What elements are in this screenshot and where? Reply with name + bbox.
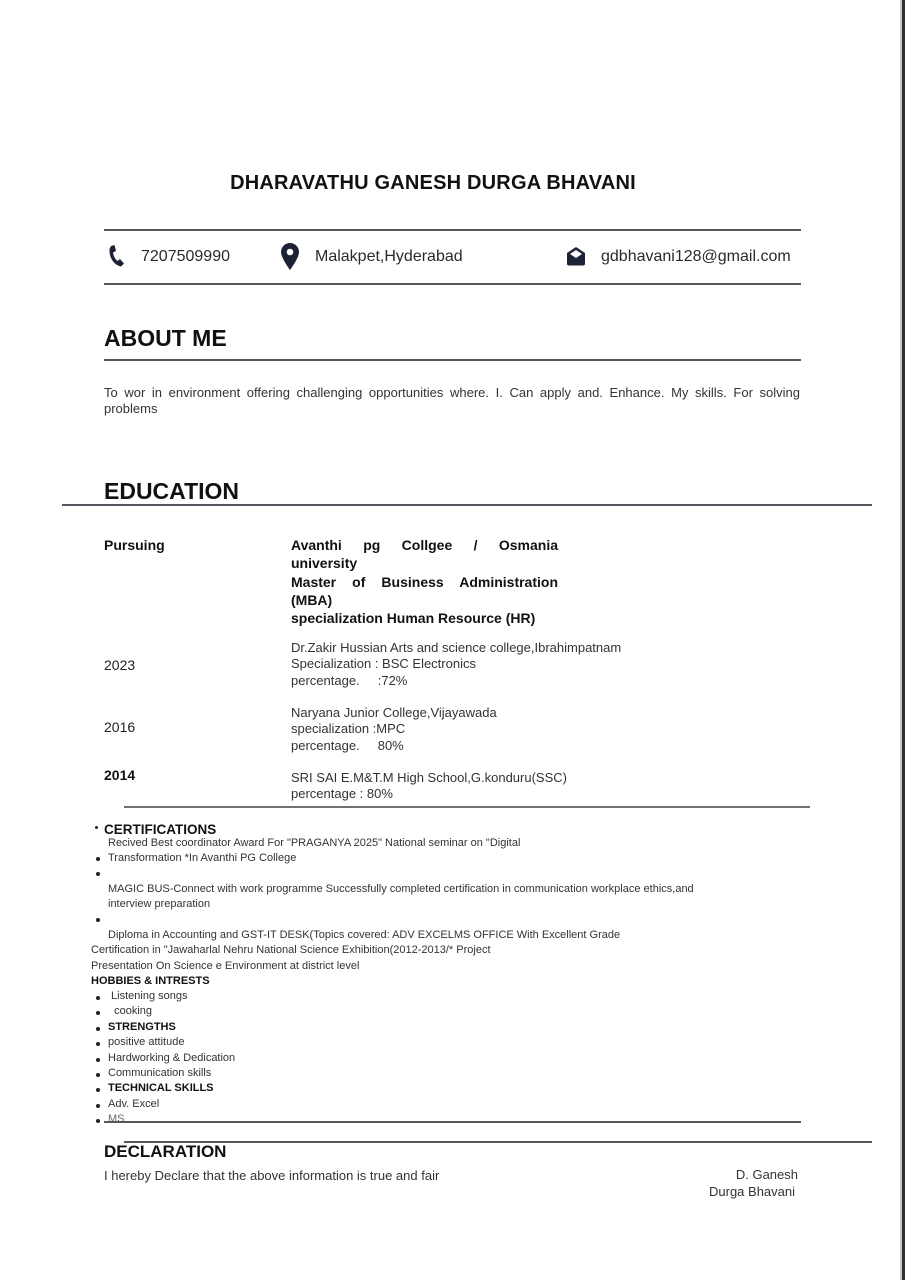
technical-skills-heading: TECHNICAL SKILLS	[108, 1082, 214, 1094]
education-line: Specialization : BSC Electronics	[291, 656, 621, 672]
certification-line: interview preparation	[108, 898, 210, 910]
phone-number[interactable]: 7207509990	[141, 248, 230, 266]
bullet	[96, 1104, 100, 1108]
education-line: specialization Human Resource (HR)	[291, 609, 558, 627]
certification-line: Certification in "Jawaharlal Nehru Natio…	[91, 944, 491, 956]
education-year: 2016	[104, 719, 135, 735]
map-pin-icon	[281, 243, 299, 276]
technical-skill-item: MS	[108, 1113, 125, 1125]
education-entry-mba: Avanthi pg Collgee / Osmania university …	[291, 536, 558, 627]
education-line: Master of Business Administration	[291, 573, 558, 591]
candidate-name: DHARAVATHU GANESH DURGA BHAVANI	[0, 172, 866, 195]
bullet	[96, 1058, 100, 1062]
bullet	[95, 826, 98, 829]
education-line: percentage. 80%	[291, 738, 497, 754]
hobbies-heading: HOBBIES & INTRESTS	[91, 975, 210, 987]
header-top-divider	[104, 229, 801, 231]
about-text: To wor in environment offering challengi…	[104, 385, 800, 417]
strengths-heading: STRENGTHS	[108, 1021, 176, 1033]
envelope-open-icon	[566, 246, 586, 271]
education-year: 2014	[104, 767, 135, 783]
signature-line-2: Durga Bhavani	[695, 1184, 795, 1199]
education-divider	[62, 504, 872, 506]
technical-skill-item: Adv. Excel	[108, 1098, 159, 1110]
education-year: 2023	[104, 657, 135, 673]
hobby-item: cooking	[108, 1005, 152, 1017]
strength-item: Hardworking & Dedication	[108, 1052, 235, 1064]
email[interactable]: gdbhavani128@gmail.com	[601, 248, 791, 266]
education-line: university	[291, 554, 558, 572]
declaration-heading: DECLARATION	[104, 1142, 226, 1162]
bullet	[96, 1119, 100, 1123]
education-line: percentage : 80%	[291, 786, 567, 802]
education-line: Avanthi pg Collgee / Osmania	[291, 536, 558, 554]
certification-line: MAGIC BUS-Connect with work programme Su…	[108, 883, 694, 895]
education-line: percentage. :72%	[291, 673, 621, 689]
certification-line: Presentation On Science e Environment at…	[91, 960, 359, 972]
declaration-text: I hereby Declare that the above informat…	[104, 1168, 439, 1183]
education-year: Pursuing	[104, 537, 165, 553]
education-heading: EDUCATION	[104, 478, 239, 505]
bullet	[96, 918, 100, 922]
education-entry-degree: Dr.Zakir Hussian Arts and science colleg…	[291, 640, 621, 689]
education-entry-ssc: SRI SAI E.M&T.M High School,G.konduru(SS…	[291, 770, 567, 803]
education-bottom-divider	[124, 806, 810, 808]
bullet	[96, 872, 100, 876]
skills-divider	[104, 1121, 801, 1123]
about-heading: ABOUT ME	[104, 325, 227, 352]
education-line: (MBA)	[291, 591, 558, 609]
education-line: SRI SAI E.M&T.M High School,G.konduru(SS…	[291, 770, 567, 786]
certification-line: Diploma in Accounting and GST-IT DESK(To…	[108, 929, 620, 941]
bullet	[96, 1011, 100, 1015]
bullet	[96, 857, 100, 861]
hobby-item: Listening songs	[108, 990, 188, 1002]
strength-item: positive attitude	[108, 1036, 184, 1048]
education-line: Dr.Zakir Hussian Arts and science colleg…	[291, 640, 621, 656]
certification-line: Recived Best coordinator Award For "PRAG…	[108, 837, 520, 849]
education-line: specialization :MPC	[291, 721, 497, 737]
bullet	[96, 1027, 100, 1031]
bullet	[96, 1073, 100, 1077]
certification-line: Transformation *In Avanthi PG College	[108, 852, 296, 864]
about-divider	[104, 359, 801, 361]
education-line: Naryana Junior College,Vijayawada	[291, 705, 497, 721]
bullet	[96, 1042, 100, 1046]
certifications-heading: CERTIFICATIONS	[104, 822, 216, 837]
header-bottom-divider	[104, 283, 801, 285]
bullet	[96, 996, 100, 1000]
strength-item: Communication skills	[108, 1067, 211, 1079]
location: Malakpet,Hyderabad	[315, 248, 463, 266]
education-entry-intermediate: Naryana Junior College,Vijayawada specia…	[291, 705, 497, 754]
signature-line-1: D. Ganesh	[698, 1167, 798, 1182]
declaration-top-divider	[124, 1141, 872, 1143]
phone-icon	[106, 244, 126, 273]
bullet	[96, 1088, 100, 1092]
